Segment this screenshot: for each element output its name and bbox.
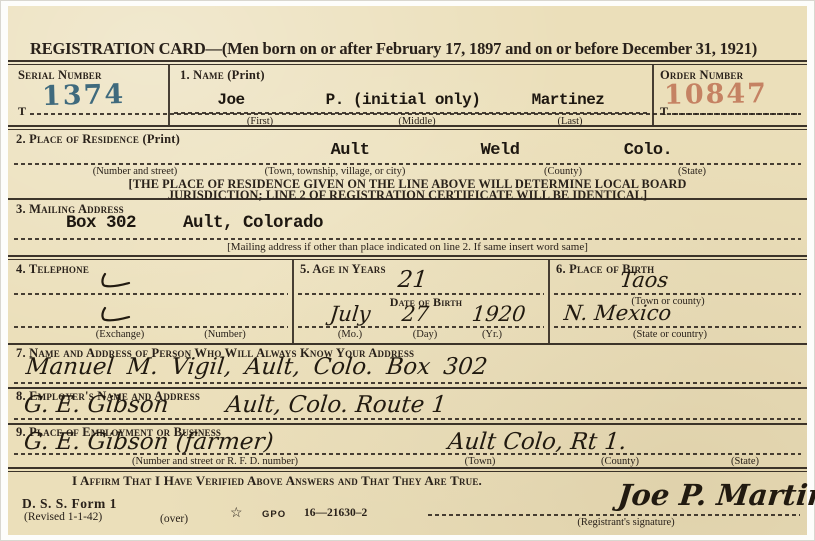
dob-sub-day: (Day)	[413, 329, 438, 340]
birthplace-sub-state: (State or country)	[633, 329, 707, 340]
field-title: Name	[193, 68, 224, 82]
over-note: (over)	[160, 513, 188, 525]
telephone-exchange-dash-mark	[96, 272, 132, 290]
employment-sub-county: (County)	[601, 456, 639, 467]
footer: D. S. S. Form 1 (Revised 1-1-42) (over) …	[8, 488, 807, 535]
field-title: Telephone	[29, 262, 89, 276]
form-revised: (Revised 1-1-42)	[24, 511, 102, 523]
employment-sub-state: (State)	[731, 456, 759, 467]
field-number: 3.	[16, 202, 26, 216]
column-divider	[292, 260, 294, 343]
dotted-line	[298, 326, 544, 328]
dotted-line	[14, 453, 801, 455]
telephone-number-dash-mark	[96, 306, 132, 324]
field-title: Place of Residence	[29, 132, 139, 146]
field-suffix: (Print)	[227, 68, 265, 82]
field-number: 1.	[180, 68, 190, 82]
field-number: 2.	[16, 132, 26, 146]
dotted-line	[14, 163, 801, 165]
gpo-number: 16—21630–2	[304, 507, 367, 519]
employment-name-value: G. E. Gibson (farmer)	[23, 429, 275, 455]
gpo-label: GPO	[262, 509, 286, 520]
dob-sub-month: (Mo.)	[338, 329, 362, 340]
dotted-line	[554, 326, 801, 328]
employment-sub-town: (Town)	[465, 456, 496, 467]
name-field-label: 1. Name (Print)	[180, 68, 265, 83]
residence-sub-street: (Number and street)	[93, 166, 178, 177]
dotted-line	[14, 238, 801, 240]
dob-sub-year: (Yr.)	[482, 329, 502, 340]
residence-county-value: Weld	[481, 141, 520, 160]
card-title: REGISTRATION CARD—(Men born on or after …	[30, 39, 757, 59]
residence-town-value: Ault	[331, 141, 370, 160]
order-entry-line: T	[660, 105, 801, 117]
affirmation-statement: I Affirm That I Have Verified Above Answ…	[72, 473, 482, 489]
row-residence: 2. Place of Residence (Print) Ault Weld …	[8, 130, 807, 198]
mailing-city-value: Ault, Colorado	[183, 213, 323, 233]
telephone-sub-exchange: (Exchange)	[96, 329, 144, 340]
residence-field-label: 2. Place of Residence (Print)	[16, 132, 180, 147]
field-number: 5.	[300, 262, 310, 276]
section-divider	[8, 467, 807, 472]
birthplace-town-value: Taos	[619, 268, 670, 292]
dotted-line	[672, 113, 801, 115]
name-last-value: Martinez	[532, 91, 605, 109]
signature-line	[428, 514, 800, 516]
form-number: D. S. S. Form 1	[22, 496, 117, 512]
employer-name-value: G. E. Gibson	[23, 392, 170, 418]
field-title: Age in Years	[312, 262, 385, 276]
dotted-line	[14, 326, 288, 328]
telephone-field-label: 4. Telephone	[16, 262, 89, 277]
employment-address-value: Ault Colo, Rt 1.	[447, 429, 628, 455]
field-number: 7.	[16, 346, 26, 360]
registration-card: REGISTRATION CARD—(Men born on or after …	[8, 6, 807, 535]
row-mailing: 3. Mailing Address Box 302 Ault, Colorad…	[8, 200, 807, 255]
field-number: 4.	[16, 262, 26, 276]
residence-sub-state: (State)	[678, 166, 706, 177]
residence-sub-county: (County)	[544, 166, 582, 177]
row-telephone-age-birth: 4. Telephone (Exchange) (Number) 5. Age …	[8, 260, 807, 343]
signature-sub-label: (Registrant's signature)	[577, 517, 674, 528]
scanned-document-page: REGISTRATION CARD—(Men born on or after …	[0, 0, 815, 541]
employment-sub-street: (Number and street or R. F. D. number)	[132, 456, 298, 467]
field-suffix: (Print)	[142, 132, 180, 146]
contact-value: Manuel M. Vigil, Ault, Colo. Box 302	[25, 354, 489, 380]
age-value: 21	[397, 267, 429, 293]
row-serial-name-order: Serial Number 1374 T 1. Name (Print) Joe…	[8, 65, 807, 125]
registrant-signature: Joe P. Martinez	[616, 478, 815, 512]
dotted-line	[554, 293, 801, 295]
mailing-box-value: Box 302	[66, 213, 136, 233]
residence-sub-town: (Town, township, village, or city)	[265, 166, 406, 177]
dotted-line	[174, 112, 648, 114]
serial-prefix: T	[18, 105, 26, 117]
column-divider	[548, 260, 550, 343]
field-number: 6.	[556, 262, 566, 276]
dotted-line	[14, 293, 288, 295]
name-first-value: Joe	[217, 91, 244, 109]
row-employment-place: 9. Place of Employment or Business G. E.…	[8, 425, 807, 467]
employer-address-value: Ault, Colo. Route 1	[225, 392, 448, 418]
birth-year-value: 1920	[471, 302, 527, 326]
mailing-note: [Mailing address if other than place ind…	[8, 241, 807, 253]
dotted-line	[14, 382, 801, 384]
birthplace-state-value: N. Mexico	[563, 301, 673, 325]
name-middle-value: P. (initial only)	[326, 91, 481, 109]
row-employer: 8. Employer's Name and Address G. E. Gib…	[8, 389, 807, 423]
residence-state-value: Colo.	[624, 141, 673, 160]
birth-month-value: July	[329, 302, 372, 326]
row-contact-person: 7. Name and Address of Person Who Will A…	[8, 345, 807, 387]
order-prefix: T	[660, 105, 668, 117]
age-field-label: 5. Age in Years	[300, 262, 386, 277]
birth-day-value: 27	[401, 302, 430, 326]
dotted-line	[14, 418, 801, 420]
telephone-sub-number: (Number)	[204, 329, 245, 340]
star-icon: ☆	[230, 505, 243, 522]
